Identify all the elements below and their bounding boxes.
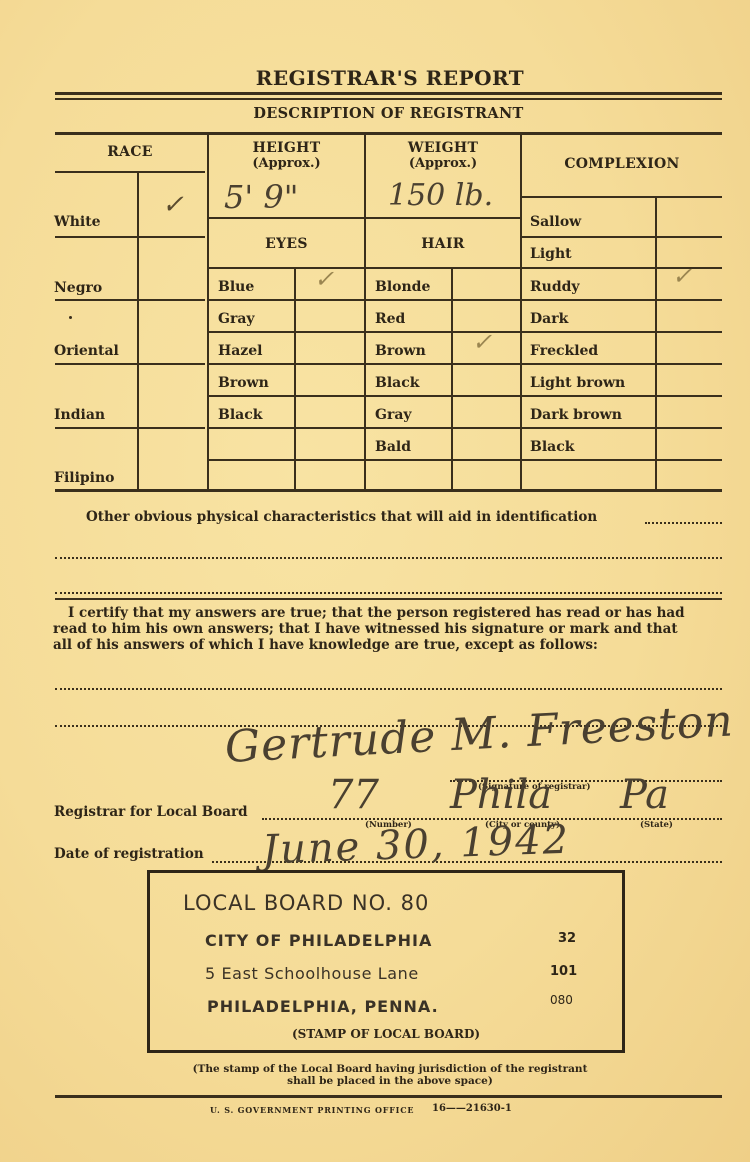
- hair-blonde-check[interactable]: [465, 272, 505, 296]
- race-row-rule: [55, 299, 205, 301]
- complexion-option-dark: Dark: [530, 311, 568, 327]
- hair-bald-check[interactable]: [465, 432, 505, 456]
- eyes-header-rule: [208, 267, 365, 269]
- height-subheader: (Approx.): [209, 157, 364, 171]
- race-option-negro: Negro: [54, 280, 102, 296]
- row-rule: [208, 331, 722, 333]
- complexion-ruddy-check[interactable]: ✓: [672, 262, 692, 290]
- eyes-hazel-check[interactable]: [308, 336, 348, 360]
- stamp-note-line-2: shall be placed in the above space): [100, 1075, 680, 1087]
- stamp-code-address: 101: [550, 964, 577, 979]
- race-row-rule: [55, 363, 205, 365]
- race-row-rule: [55, 427, 205, 429]
- hair-red-check[interactable]: [465, 304, 505, 328]
- local-board-stamp-box: LOCAL BOARD NO. 80 CITY OF PHILADELPHIA …: [147, 870, 625, 1053]
- race-indian-check[interactable]: [160, 398, 200, 424]
- registration-date-label: Date of registration: [54, 846, 204, 862]
- col-line-race-check: [137, 172, 139, 490]
- row-rule: [208, 363, 722, 365]
- local-board-city[interactable]: Phila: [450, 772, 552, 818]
- certification-text-line-2: read to him his own answers; that I have…: [53, 622, 678, 638]
- hair-option-black: Black: [375, 375, 419, 391]
- complexion-option-light: Light: [530, 246, 572, 262]
- stamp-line-address: 5 East Schoolhouse Lane: [205, 964, 419, 983]
- title-rule-top: [55, 92, 722, 95]
- eyes-blue-check[interactable]: ✓: [314, 265, 334, 293]
- complexion-option-sallow: Sallow: [530, 214, 581, 230]
- other-characteristics-label: Other obvious physical characteristics t…: [86, 510, 597, 526]
- title-rule-bottom: [55, 98, 722, 100]
- col-line-hair-check: [451, 268, 453, 490]
- complexion-dark-check[interactable]: [670, 304, 710, 328]
- race-header: RACE: [55, 144, 205, 160]
- eyes-option-black: Black: [218, 407, 262, 423]
- height-rule: [208, 217, 365, 219]
- registrar-signature[interactable]: Gertrude M. Freeston: [224, 695, 735, 773]
- col-line-height: [207, 133, 209, 490]
- section-rule: [55, 132, 722, 135]
- complexion-row-rule: [521, 236, 722, 238]
- other-characteristics-line-2[interactable]: [55, 557, 722, 559]
- height-value[interactable]: 5' 9": [224, 178, 298, 216]
- race-header-rule: [55, 171, 205, 173]
- complexion-sallow-check[interactable]: [670, 208, 710, 234]
- complexion-dark-brown-check[interactable]: [670, 400, 710, 424]
- local-board-state[interactable]: Pa: [620, 772, 669, 818]
- race-option-indian: Indian: [54, 407, 105, 423]
- hair-brown-check[interactable]: ✓: [472, 328, 492, 356]
- section-title: DESCRIPTION OF REGISTRANT: [55, 105, 722, 122]
- stamp-code-city: 32: [558, 931, 576, 946]
- eyes-gray-check[interactable]: [308, 304, 348, 328]
- stamp-line-board-number: LOCAL BOARD NO. 80: [183, 891, 429, 915]
- form-number: 16——21630-1: [432, 1103, 512, 1114]
- footer-rule: [55, 1095, 722, 1098]
- complexion-freckled-check[interactable]: [670, 336, 710, 360]
- race-oriental-check[interactable]: [160, 334, 200, 360]
- exceptions-line-1[interactable]: [55, 688, 722, 690]
- complexion-header: COMPLEXION: [522, 156, 722, 172]
- col-line-weight: [364, 133, 366, 490]
- complexion-option-ruddy: Ruddy: [530, 279, 580, 295]
- table-bottom-rule: [55, 489, 722, 492]
- eyes-brown-check[interactable]: [308, 368, 348, 392]
- certification-text-line-3: all of his answers of which I have knowl…: [53, 638, 598, 654]
- row-rule: [208, 395, 722, 397]
- page-title: REGISTRAR'S REPORT: [0, 66, 750, 90]
- registration-date-value[interactable]: June 30, 1942: [261, 817, 570, 874]
- complexion-option-freckled: Freckled: [530, 343, 598, 359]
- row-rule: [208, 299, 722, 301]
- race-option-filipino: Filipino: [54, 470, 115, 486]
- hair-option-blonde: Blonde: [375, 279, 430, 295]
- eyes-header: EYES: [209, 236, 364, 252]
- hair-option-gray: Gray: [375, 407, 412, 423]
- weight-value[interactable]: 150 lb.: [388, 178, 493, 213]
- race-white-check[interactable]: ✓: [162, 190, 184, 220]
- weight-subheader: (Approx.): [366, 157, 520, 171]
- complexion-option-light-brown: Light brown: [530, 375, 625, 391]
- weight-rule: [365, 217, 521, 219]
- complexion-option-black: Black: [530, 439, 574, 455]
- race-option-oriental: Oriental: [54, 343, 119, 359]
- stamp-note-line-1: (The stamp of the Local Board having jur…: [100, 1063, 680, 1075]
- complexion-light-brown-check[interactable]: [670, 368, 710, 392]
- stamp-caption: (STAMP OF LOCAL BOARD): [150, 1027, 622, 1041]
- row-rule: [208, 427, 722, 429]
- race-filipino-check[interactable]: [160, 460, 200, 486]
- eyes-black-check[interactable]: [308, 400, 348, 424]
- stamp-line-city: CITY OF PHILADELPHIA: [205, 931, 432, 950]
- hair-option-brown: Brown: [375, 343, 426, 359]
- printer-imprint: U. S. GOVERNMENT PRINTING OFFICE: [210, 1105, 414, 1115]
- height-header: HEIGHT: [209, 141, 364, 155]
- eyes-option-blue: Blue: [218, 279, 254, 295]
- hair-gray-check[interactable]: [465, 400, 505, 424]
- complexion-option-dark-brown: Dark brown: [530, 407, 622, 423]
- local-board-state-caption: (State): [640, 820, 673, 830]
- complexion-header-rule: [521, 196, 722, 198]
- local-board-number[interactable]: 77: [328, 772, 379, 818]
- hair-header: HAIR: [366, 236, 520, 252]
- stamp-code-state: 080: [550, 993, 573, 1007]
- col-line-eyes-check: [294, 268, 296, 490]
- complexion-black-check[interactable]: [670, 432, 710, 456]
- col-line-complexion-check: [655, 197, 657, 490]
- race-option-white: White: [54, 214, 101, 230]
- other-characteristics-line-3[interactable]: [55, 592, 722, 594]
- col-line-complexion: [520, 133, 522, 490]
- eyes-option-brown: Brown: [218, 375, 269, 391]
- hair-black-check[interactable]: [465, 368, 505, 392]
- hair-option-bald: Bald: [375, 439, 411, 455]
- certification-rule: [55, 598, 722, 600]
- race-negro-check[interactable]: [160, 270, 200, 296]
- weight-header: WEIGHT: [366, 141, 520, 155]
- hair-header-rule: [365, 267, 521, 269]
- hair-option-red: Red: [375, 311, 405, 327]
- certification-text-line-1: I certify that my answers are true; that…: [68, 606, 685, 622]
- eyes-option-hazel: Hazel: [218, 343, 262, 359]
- eyes-option-gray: Gray: [218, 311, 255, 327]
- other-characteristics-line-1[interactable]: [645, 522, 722, 524]
- race-row-rule: [55, 236, 205, 238]
- dot-mark: [69, 316, 72, 319]
- local-board-label: Registrar for Local Board: [54, 804, 248, 820]
- stamp-line-state: PHILADELPHIA, PENNA.: [207, 997, 439, 1016]
- row-rule: [208, 459, 722, 461]
